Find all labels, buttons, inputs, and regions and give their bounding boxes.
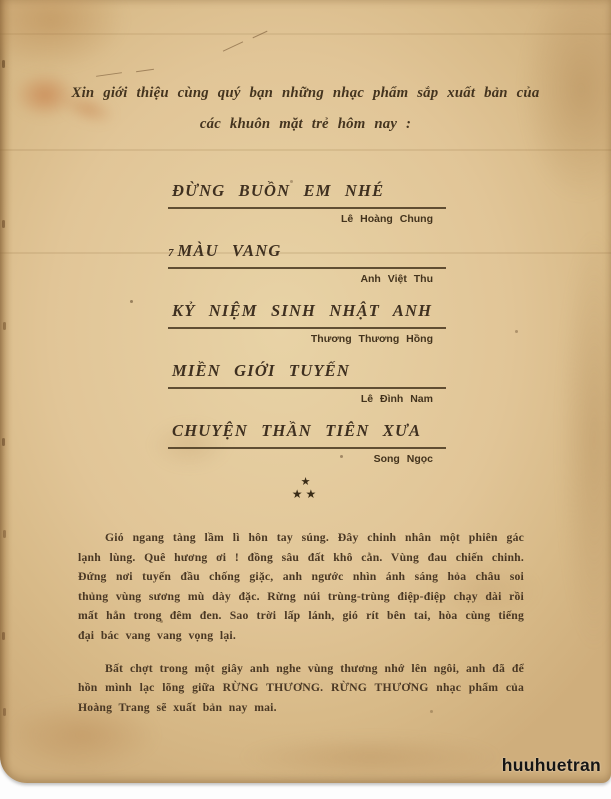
- paper-specks: [130, 300, 133, 303]
- promo-paragraph-1: Gió ngang tàng lầm lì hôn tay súng. Đây …: [78, 528, 524, 646]
- song-composer: Song Ngọc: [168, 452, 446, 467]
- song-composer: Anh Việt Thu: [168, 272, 446, 287]
- promo-paragraph-2: Bất chợt trong một giây anh nghe vùng th…: [78, 659, 524, 718]
- list-item-song: CHUYỆN THẦN TIÊN XƯA Song Ngọc: [168, 420, 446, 467]
- song-prefix: 7: [168, 247, 174, 259]
- list-item-song: MIỀN GIỚI TUYẾN Lê Đình Nam: [168, 360, 446, 407]
- paper-stain: [0, 0, 126, 70]
- intro-line-2: các khuôn mặt trẻ hôm nay :: [62, 109, 549, 140]
- paper-background: Xin giới thiệu cùng quý bạn những nhạc p…: [0, 0, 611, 783]
- intro-announcement: Xin giới thiệu cùng quý bạn những nhạc p…: [62, 78, 549, 140]
- paper-crease: [0, 149, 611, 151]
- scanned-sheet-music-back-cover: Xin giới thiệu cùng quý bạn những nhạc p…: [0, 0, 611, 799]
- three-stars-ornament: ★ ★★: [0, 476, 611, 500]
- star-icon: ★★: [0, 488, 611, 500]
- song-title: KỶ NIỆM SINH NHẬT ANH: [168, 300, 446, 329]
- song-title-text: KỶ NIỆM SINH NHẬT ANH: [172, 301, 432, 320]
- binding-specks: [2, 60, 5, 68]
- intro-line-1: Xin giới thiệu cùng quý bạn những nhạc p…: [62, 78, 549, 109]
- paper-scratch: [223, 41, 243, 51]
- binding-edge: [0, 0, 13, 783]
- song-composer: Lê Đình Nam: [168, 392, 446, 407]
- song-title-text: MÀU VANG: [178, 241, 282, 260]
- paper-stain: [240, 735, 500, 779]
- upcoming-songs-list: ĐỪNG BUỒN EM NHÉ Lê Hoàng Chung 7MÀU VAN…: [168, 180, 446, 480]
- song-title-text: MIỀN GIỚI TUYẾN: [172, 361, 350, 380]
- paper-stain: [559, 230, 611, 650]
- paper-scratch: [136, 69, 154, 72]
- song-title-text: CHUYỆN THẦN TIÊN XƯA: [172, 421, 421, 440]
- collector-watermark: huuhuetran: [502, 755, 601, 776]
- paper-crease: [0, 33, 611, 35]
- song-title: ĐỪNG BUỒN EM NHÉ: [168, 180, 446, 209]
- list-item-song: KỶ NIỆM SINH NHẬT ANH Thương Thương Hồng: [168, 300, 446, 347]
- paper-scratch: [96, 72, 122, 77]
- song-title: 7MÀU VANG: [168, 240, 446, 269]
- song-composer: Thương Thương Hồng: [168, 332, 446, 347]
- list-item-song: 7MÀU VANG Anh Việt Thu: [168, 240, 446, 287]
- song-title-text: ĐỪNG BUỒN EM NHÉ: [172, 181, 384, 200]
- list-item-song: ĐỪNG BUỒN EM NHÉ Lê Hoàng Chung: [168, 180, 446, 227]
- song-title: MIỀN GIỚI TUYẾN: [168, 360, 446, 389]
- song-composer: Lê Hoàng Chung: [168, 212, 446, 227]
- song-title: CHUYỆN THẦN TIÊN XƯA: [168, 420, 446, 449]
- promo-text-block: Gió ngang tàng lầm lì hôn tay súng. Đây …: [78, 528, 524, 730]
